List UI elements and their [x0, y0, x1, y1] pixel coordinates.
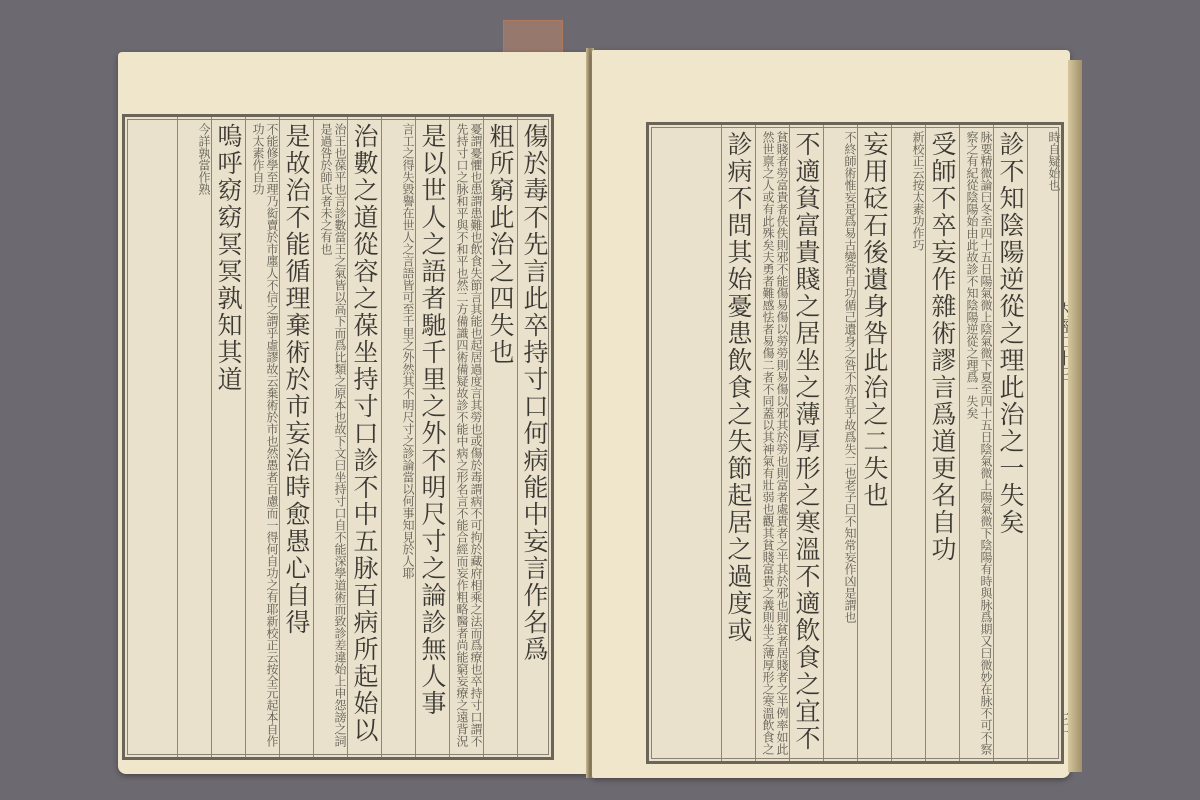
main-text-column: 診不知陰陽逆從之理此治之一失矣 [993, 125, 1027, 761]
text-frame: 傷於毒不先言此卒持寸口何病能中妄言作名爲 粗所窮此治之四失也 憂謂憂懼也患謂患難… [122, 114, 554, 760]
main-text-column: 嗚呼窈窈冥冥孰知其道 [211, 117, 245, 757]
main-text-column: 受師不卒妄作雜術謬言爲道更名自功 [925, 125, 959, 761]
commentary-column: 言工之得失毀譽在世人之言語皆可至千里之外然其不明尺寸之診論當以何事知見於人耶 [381, 117, 415, 757]
text-frame: 時自疑始也 診不知陰陽逆從之理此治之一失矣 脉要精微論曰冬至四十五日陽氣微上陰氣… [646, 122, 1064, 764]
page-fore-edge [1068, 60, 1082, 772]
main-text-column: 診病不問其始憂患飲食之失節起居之過度或 [721, 125, 755, 761]
commentary-column: 治王也葆平也言診數當王之氣皆以高下而爲比類之原本也故下文曰坐持寸口自不能深學道術… [313, 117, 347, 757]
commentary-column: 今詳孰當作熟 [177, 117, 211, 757]
left-page: 内經二十三 二十三 傷於毒不先言此卒持寸口何病能中妄言作名爲 粗所窮此治之四失也… [118, 52, 588, 774]
main-text-column: 粗所窮此治之四失也 [483, 117, 517, 757]
commentary-column: 貧賤者勞富貴者佚佚則邪不能傷易傷以勞勞則易傷以邪其於勞也則富者處貴者之半其於邪也… [755, 125, 789, 761]
commentary-column: 不終師術惟妄是爲易古變常自功循己遺身之咎不亦宜乎故爲失二也老子曰不知常妄作凶是謂… [823, 125, 857, 761]
main-text-column: 是以世人之語者馳千里之外不明尺寸之論診無人事 [415, 117, 449, 757]
main-text-column: 妄用砭石後遺身咎此治之二失也 [857, 125, 891, 761]
main-text-column: 不適貧富貴賤之居坐之薄厚形之寒溫不適飲食之宜不別人之勇怯不知比類足以自亂不足以自… [789, 125, 823, 761]
main-text-column: 是故治不能循理棄術於市妄治時愈愚心自得 [279, 117, 313, 757]
commentary-column: 憂謂憂懼也患謂患難也飲食失節言其能也起居過度言其勞也或傷於毒謂病不可拘於藏府相乘… [449, 117, 483, 757]
commentary-column: 不能修學至理乃衒賣於市廛人不信之謂乎虛謬故云棄術於市也然愚者百慮而一得何自功之有… [245, 117, 279, 757]
right-page: 内經二十三 三十 時自疑始也 診不知陰陽逆從之理此治之一失矣 脉要精微論曰冬至四… [592, 50, 1070, 778]
commentary-column: 脉要精微論曰冬至四十五日陽氣微上陰氣微下夏至四十五日陰氣微上陽氣微下陰陽有時與脉… [959, 125, 993, 761]
main-text-column: 治數之道從容之葆坐持寸口診不中五脉百病所起始以自怨遺師其咎 [347, 117, 381, 757]
commentary-column: 時自疑始也 [1027, 125, 1061, 761]
main-text-column: 傷於毒不先言此卒持寸口何病能中妄言作名爲 [517, 117, 551, 757]
commentary-column: 新校正云按太素功作巧 [891, 125, 925, 761]
